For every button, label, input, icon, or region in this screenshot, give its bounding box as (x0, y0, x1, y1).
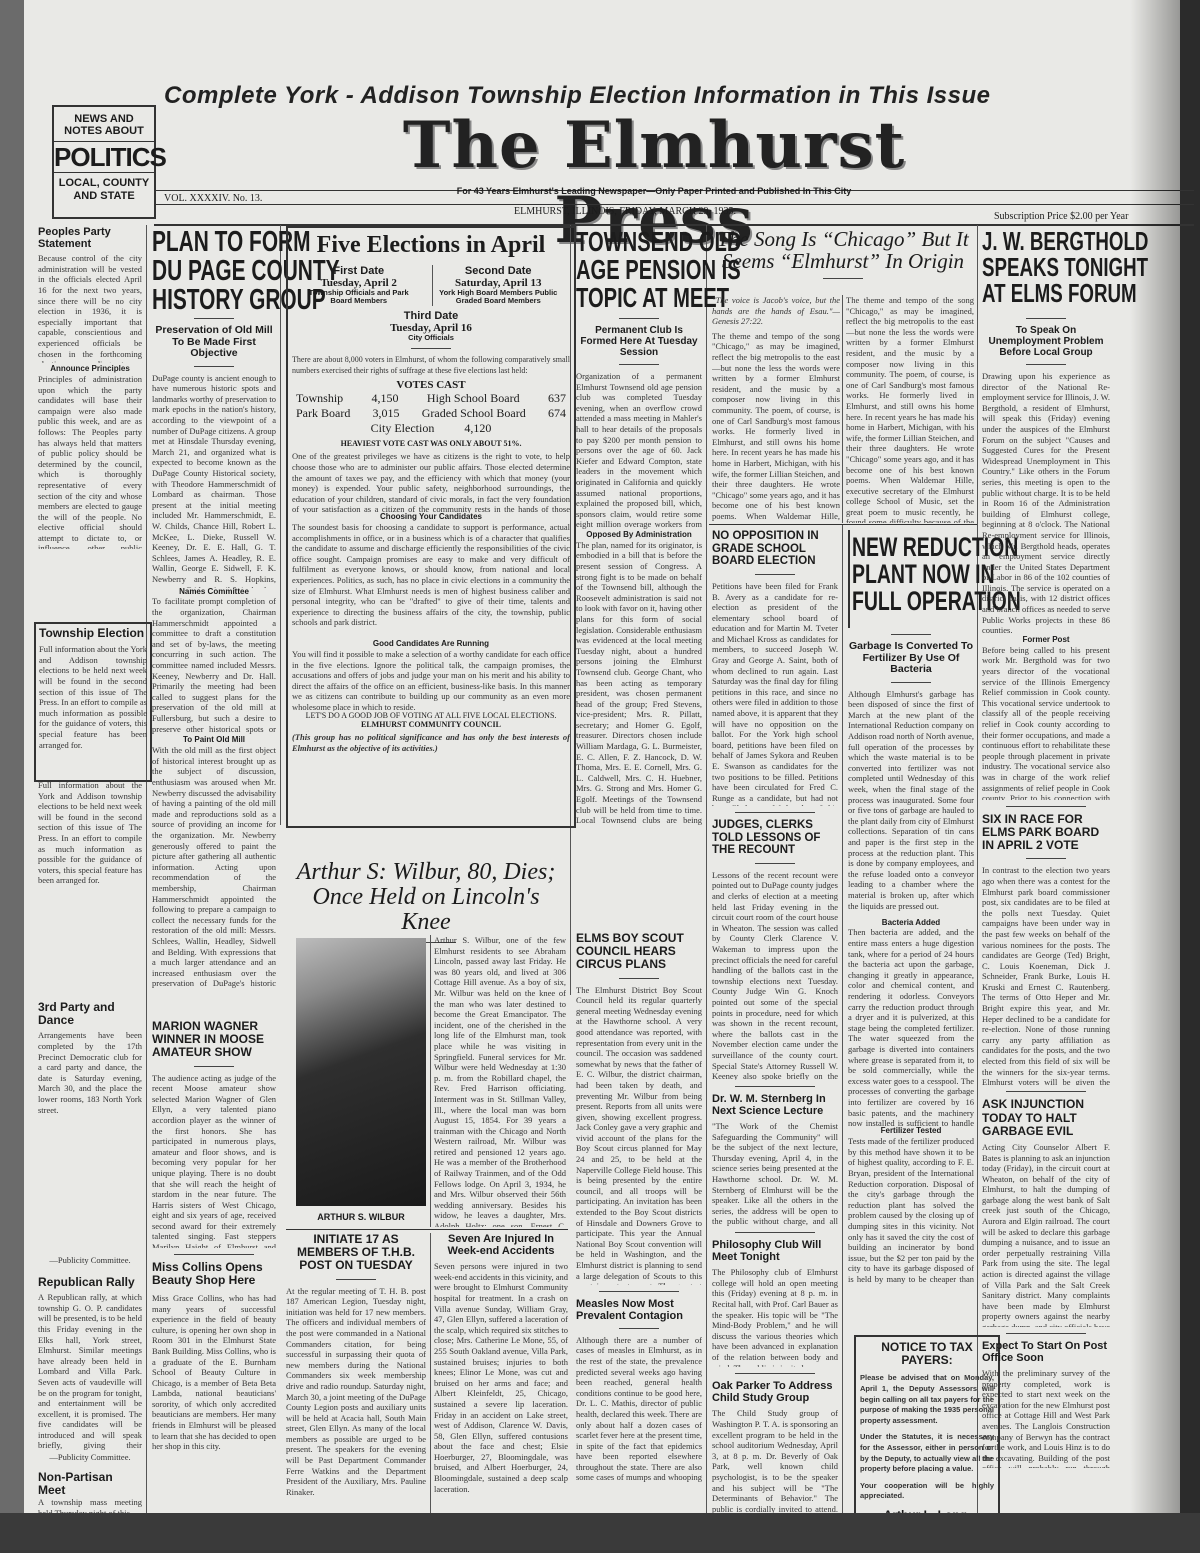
article-body: Principles of administration upon which … (38, 374, 142, 549)
election-date: First Date Tuesday, April 2 Township Off… (299, 265, 419, 306)
subhead: Names Committee (152, 588, 276, 597)
election-dates: First Date Tuesday, April 2 Township Off… (292, 265, 570, 306)
headline: Arthur S: Wilbur, 80, Dies; Once Held on… (286, 860, 566, 936)
subhead: Opposed By Administration (576, 531, 702, 540)
section-rule (286, 1229, 568, 1230)
headline: JUDGES, CLERKS TOLD LESSONS OF THE RECOU… (712, 819, 838, 857)
boy-scout-article: ELMS BOY SCOUT COUNCIL HEARS CIRCUS PLAN… (576, 932, 702, 1485)
article-body: Organization of a permanent Elmhurst Tow… (576, 371, 702, 531)
headline: Seven Are Injured In Week-end Accidents (434, 1233, 568, 1257)
subhead: Garbage Is Converted To Fertilizer By Us… (848, 641, 974, 676)
article-body: DuPage county is ancient enough to have … (152, 373, 276, 588)
dateline-rule (154, 204, 1194, 205)
headline: NEW REDUCTION PLANT NOW IN FULL OPERATIO… (848, 530, 974, 628)
note: (This group has no political significanc… (292, 732, 570, 753)
vote-value: 4,150 (372, 391, 399, 406)
vote-name: High School Board (427, 391, 520, 406)
votes-row: City Election 4,120 (296, 421, 566, 436)
subhead: Fertilizer Tested (848, 1127, 974, 1136)
article-body: Although Elmhurst's garbage has been dis… (848, 689, 974, 919)
column-divider (430, 935, 431, 1227)
newspaper-page: Complete York - Addison Township Electio… (14, 0, 1180, 1530)
subhead: Choosing Your Candidates (292, 513, 570, 522)
headline: Non-Partisan Meet (38, 1471, 142, 1497)
column-divider (977, 225, 978, 1525)
intro-text: There are about 8,000 voters in Elmhurst… (292, 355, 570, 376)
article-body: You will find it possible to make a sele… (292, 649, 570, 711)
article-body: Although there are a number of cases of … (576, 1335, 702, 1485)
column-divider (842, 295, 843, 523)
article-body: Because control of the city administrati… (38, 253, 142, 363)
headline: Oak Parker To Address Child Study Group (712, 1380, 838, 1404)
subhead: Preservation of Old Mill To Be Made Firs… (152, 325, 276, 360)
column-divider (430, 1233, 431, 1523)
peoples-party-article: Peoples Party Statement Because control … (38, 226, 142, 549)
page-edge-shadow (1130, 0, 1180, 1553)
vote-name: Township (296, 391, 343, 406)
article-body: The soundest basis for choosing a candid… (292, 522, 570, 640)
headline: 3rd Party and Dance (38, 1001, 142, 1027)
election-date: Third Date Tuesday, April 16 City Offici… (292, 310, 570, 342)
townsend-article: TOWNSEND OLD AGE PENSION IS TOPIC AT MEE… (576, 228, 702, 825)
votes-row: Park Board 3,015 Graded School Board 674 (296, 406, 566, 421)
initiate-article: INITIATE 17 AS MEMBERS OF T.H.B. POST ON… (286, 1233, 426, 1541)
article-body: Seven persons were injured in two week-e… (434, 1261, 568, 1516)
column-divider (146, 225, 147, 1525)
article-body: Miss Grace Collins, who has had many yea… (152, 1293, 276, 1463)
article-body: To facilitate prompt completion of the o… (152, 596, 276, 736)
politics-box-line1: NEWS AND NOTES ABOUT (54, 113, 154, 137)
subhead: Permanent Club Is Formed Here At Tuesday… (576, 325, 702, 358)
article-body: The Elmhurst District Boy Scout Council … (576, 985, 702, 1285)
article-body: One of the greatest privileges we have a… (292, 451, 570, 513)
headline: Philosophy Club Will Meet Tonight (712, 1239, 838, 1263)
headline: The Song Is “Chicago” But It Seems “Elmh… (712, 228, 974, 272)
headline: Five Elections in April (292, 232, 570, 259)
headline: PLAN TO FORM DU PAGE COUNTY HISTORY GROU… (152, 228, 276, 312)
headline: Measles Now Most Prevalent Contagion (576, 1298, 702, 1322)
left-column-filler: Full information about the York and Addi… (38, 780, 142, 1530)
tax-notice-box: NOTICE TO TAX PAYERS: Please be advised … (854, 1335, 1000, 1529)
binding-edge (0, 0, 24, 1553)
article-body: With the preliminary survey of the prope… (982, 1368, 1110, 1468)
subhead: To Paint Old Mill (152, 736, 276, 745)
article-body: Then bacteria are added, and the entire … (848, 927, 974, 1127)
article-body: Full information about the York and Addi… (39, 644, 147, 764)
article-body: A Republican rally, at which township G.… (38, 1292, 142, 1452)
headline: Miss Collins Opens Beauty Shop Here (152, 1261, 276, 1287)
article-body: Petitions have been filed for Frank B. A… (712, 581, 838, 806)
dateline: ELMHURST, ILLINOIS, FRIDAY, MARCH 29, 19… (514, 206, 736, 217)
headline: MARION WAGNER WINNER IN MOOSE AMATEUR SH… (152, 1020, 276, 1060)
seven-injured-article: Seven Are Injured In Week-end Accidents … (434, 1233, 568, 1516)
subhead: Announce Principles (38, 365, 142, 374)
heaviest-vote: HEAVIEST VOTE CAST WAS ONLY ABOUT 51%. (292, 439, 570, 448)
headline: Township Election (39, 627, 147, 640)
article-body: The theme and tempo of the song "Chicago… (712, 331, 840, 521)
article-body: "The Work of the Chemist Safeguarding th… (712, 1121, 838, 1226)
headline: Expect To Start On Post Office Soon (982, 1340, 1110, 1364)
vote-name: Graded School Board (422, 406, 526, 421)
subscription-price: Subscription Price $2.00 per Year (994, 211, 1128, 222)
elections-box: Five Elections in April First Date Tuesd… (286, 226, 576, 828)
article-body: Tests made of the fertilizer produced by… (848, 1136, 974, 1286)
politics-box-line2: POLITICS (54, 141, 154, 173)
article-body: The audience acting as judge of the rece… (152, 1073, 276, 1248)
notice-paragraph: Under the Statutes, it is necessary for … (860, 1432, 994, 1474)
article-body: Arrangements have been completed by the … (38, 1030, 142, 1255)
no-opposition-article: NO OPPOSITION IN GRADE SCHOOL BOARD ELEC… (712, 530, 838, 1553)
vote-value: 637 (548, 391, 566, 406)
article-body: With the old mill as the first object of… (152, 745, 276, 990)
article-body: Arthur S. Wilbur, one of the few Elmhurs… (434, 935, 566, 1227)
signature: —Publicity Committee. (38, 1452, 142, 1463)
column-divider (706, 225, 707, 1525)
article-body: Full information about the York and Addi… (38, 780, 142, 995)
vote-value: 674 (548, 406, 566, 421)
vote-name: City Election (371, 421, 435, 436)
headline: SIX IN RACE FOR ELMS PARK BOARD IN APRIL… (982, 813, 1110, 853)
article-body: At the regular meeting of T. H. B. post … (286, 1286, 426, 1541)
article-body: The plan, named for its originator, is e… (576, 540, 702, 825)
headline: INITIATE 17 AS MEMBERS OF T.H.B. POST ON… (286, 1233, 426, 1273)
article-body: Drawing upon his experience as director … (982, 371, 1110, 636)
reduction-plant-article: NEW REDUCTION PLANT NOW IN FULL OPERATIO… (848, 530, 974, 1286)
headline: NOTICE TO TAX PAYERS: (860, 1341, 994, 1367)
votes-row: Township 4,150 High School Board 637 (296, 391, 566, 406)
election-date: Second Date Saturday, April 13 York High… (432, 265, 563, 306)
song-chicago-article: The Song Is “Chicago” But It Seems “Elmh… (712, 228, 974, 285)
article-body: In contrast to the election two years ag… (982, 865, 1110, 1085)
headline: ELMS BOY SCOUT COUNCIL HEARS CIRCUS PLAN… (576, 932, 702, 972)
notice-paragraph: Your cooperation will be highly apprecia… (860, 1481, 994, 1502)
subhead: Good Candidates Are Running (292, 640, 570, 649)
headline: NO OPPOSITION IN GRADE SCHOOL BOARD ELEC… (712, 530, 838, 568)
headline: J. W. BERGTHOLD SPEAKS TONIGHT AT ELMS F… (982, 228, 1110, 312)
article-body: Lessons of the recent recount were point… (712, 870, 838, 1080)
article-body: The theme and tempo of the song "Chicago… (846, 295, 974, 523)
marion-wagner-article: MARION WAGNER WINNER IN MOOSE AMATEUR SH… (152, 1020, 276, 1463)
vote-value: 3,015 (373, 406, 400, 421)
article-body: Before being called to his present work … (982, 645, 1110, 800)
vote-name: Park Board (296, 406, 350, 421)
signature: —Publicity Committee. (38, 1255, 142, 1266)
headline: Republican Rally (38, 1276, 142, 1289)
closing-line: LET'S DO A GOOD JOB OF VOTING AT ALL FIV… (292, 711, 570, 720)
subhead: Bacteria Added (848, 919, 974, 928)
history-group-article: PLAN TO FORM DU PAGE COUNTY HISTORY GROU… (152, 228, 276, 990)
article-body: The Philosophy club of Elmhurst college … (712, 1267, 838, 1367)
bergthold-article: J. W. BERGTHOLD SPEAKS TONIGHT AT ELMS F… (982, 228, 1110, 1468)
scanner-bottom-edge (0, 1513, 1200, 1553)
votes-title: VOTES CAST (292, 379, 570, 391)
headline: Peoples Party Statement (38, 226, 142, 250)
notice-paragraph: Please be advised that on Monday, April … (860, 1373, 994, 1426)
election-banner: Complete York - Addison Township Electio… (164, 82, 1044, 110)
song-chicago-col1: "The voice is Jacob's voice, but the han… (712, 295, 840, 521)
vote-value: 4,120 (464, 421, 491, 436)
wilbur-photo (296, 938, 426, 1206)
article-body: Acting City Counselor Albert F. Bates is… (982, 1142, 1110, 1327)
column-divider (842, 525, 843, 1525)
photo-caption: ARTHUR S. WILBUR (296, 1212, 426, 1222)
epigraph: "The voice is Jacob's voice, but the han… (712, 295, 840, 327)
headline: ASK INJUNCTION TODAY TO HALT GARBAGE EVI… (982, 1098, 1110, 1138)
votes-table: Township 4,150 High School Board 637 Par… (292, 391, 570, 436)
section-rule (709, 524, 977, 525)
tagline: For 43 Years Elmhurst's Leading Newspape… (404, 186, 904, 196)
headline: TOWNSEND OLD AGE PENSION IS TOPIC AT MEE… (576, 228, 702, 312)
signature: ELMHURST COMMUNITY COUNCIL (292, 720, 570, 729)
subhead: Former Post (982, 636, 1110, 645)
politics-box: NEWS AND NOTES ABOUT POLITICS LOCAL, COU… (52, 105, 156, 219)
township-election-box: Township Election Full information about… (34, 622, 152, 782)
subhead: To Speak On Unemployment Problem Before … (982, 325, 1110, 358)
volume-number: VOL. XXXXIV. No. 13. (164, 193, 262, 204)
headline: Dr. W. M. Sternberg In Next Science Lect… (712, 1093, 838, 1117)
politics-box-line3: LOCAL, COUNTY AND STATE (54, 177, 154, 203)
